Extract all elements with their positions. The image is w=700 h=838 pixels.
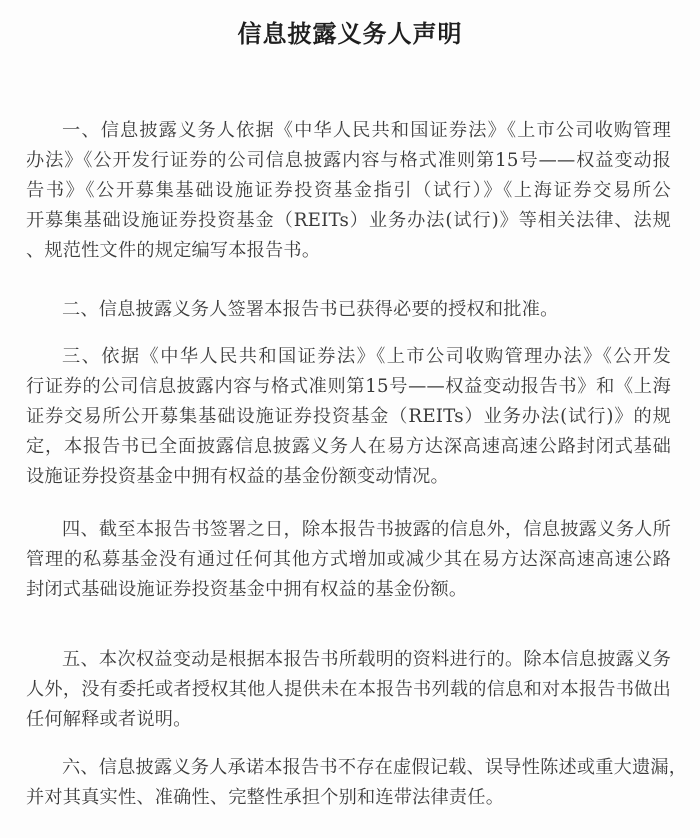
paragraph-line: 并对其真实性、准确性、完整性承担个别和连带法律责任。 (26, 783, 671, 813)
paragraph-line: 证券交易所公开募集基础设施证券投资基金（REITs）业务办法(试行)》的规 (26, 402, 671, 432)
paragraph-line: 一、信息披露义务人依据《中华人民共和国证券法》《上市公司收购管理 (26, 116, 671, 146)
paragraph-line: 、规范性文件的规定编写本报告书。 (26, 236, 671, 266)
paragraph-line: 人外，没有委托或者授权其他人提供未在本报告书列载的信息和对本报告书做出 (26, 675, 671, 705)
paragraph-line: 二、信息披露义务人签署本报告书已获得必要的授权和批准。 (26, 295, 671, 325)
paragraph-line: 四、截至本报告书签署之日，除本报告书披露的信息外，信息披露义务人所 (26, 515, 671, 545)
paragraph-5: 五、本次权益变动是根据本报告书所载明的资料进行的。除本信息披露义务 人外，没有委… (26, 645, 671, 735)
paragraph-4: 四、截至本报告书签署之日，除本报告书披露的信息外，信息披露义务人所 管理的私募基… (26, 515, 671, 605)
paragraph-line: 办法》《公开发行证券的公司信息披露内容与格式准则第15号——权益变动报 (26, 146, 671, 176)
paragraph-2: 二、信息披露义务人签署本报告书已获得必要的授权和批准。 (26, 295, 671, 325)
paragraph-line: 任何解释或者说明。 (26, 705, 671, 735)
paragraph-3: 三、依据《中华人民共和国证券法》《上市公司收购管理办法》《公开发 行证券的公司信… (26, 342, 671, 492)
paragraph-line: 设施证券投资基金中拥有权益的基金份额变动情况。 (26, 462, 671, 492)
paragraph-line: 行证券的公司信息披露内容与格式准则第15号——权益变动报告书》和《上海 (26, 372, 671, 402)
paragraph-line: 管理的私募基金没有通过任何其他方式增加或减少其在易方达深高速高速公路 (26, 545, 671, 575)
paragraph-line: 三、依据《中华人民共和国证券法》《上市公司收购管理办法》《公开发 (26, 342, 671, 372)
paragraph-line: 五、本次权益变动是根据本报告书所载明的资料进行的。除本信息披露义务 (26, 645, 671, 675)
paragraph-line: 定，本报告书已全面披露信息披露义务人在易方达深高速高速公路封闭式基础 (26, 432, 671, 462)
paragraph-1: 一、信息披露义务人依据《中华人民共和国证券法》《上市公司收购管理 办法》《公开发… (26, 116, 671, 266)
paragraph-line: 开募集基础设施证券投资基金（REITs）业务办法(试行)》等相关法律、法规 (26, 206, 671, 236)
paragraph-6: 六、信息披露义务人承诺本报告书不存在虚假记载、误导性陈述或重大遗漏， 并对其真实… (26, 753, 671, 813)
paragraph-line: 封闭式基础设施证券投资基金中拥有权益的基金份额。 (26, 575, 671, 605)
paragraph-line: 六、信息披露义务人承诺本报告书不存在虚假记载、误导性陈述或重大遗漏， (26, 753, 671, 783)
document-title: 信息披露义务人声明 (0, 18, 700, 50)
paragraph-line: 告书》《公开募集基础设施证券投资基金指引（试行）》《上海证券交易所公 (26, 176, 671, 206)
